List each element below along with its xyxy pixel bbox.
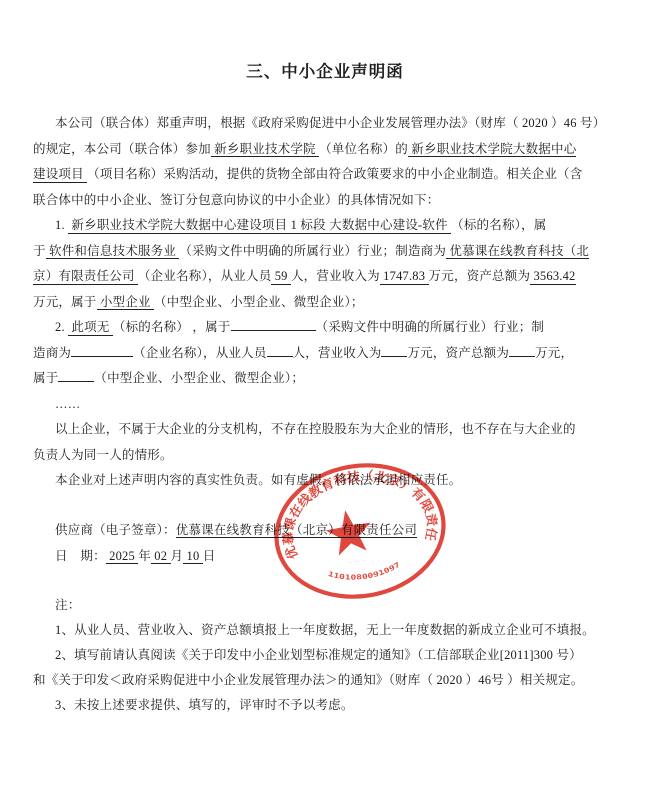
document-blocks: 本公司（联合体）郑重声明，根据《政府采购促进中小企业发展管理办法》（财库（ 20…: [33, 111, 617, 718]
text-run: 万元，属于: [33, 295, 97, 309]
text-run: 的规定，本公司（联合体）参加: [33, 142, 211, 156]
filled-underline-field: 此项无: [68, 320, 113, 336]
blank-underline-field: [267, 343, 293, 357]
text-run: 注：: [55, 598, 80, 612]
doc-line: 2. 此项无 （标的名称） ，属于（采购文件中明确的所属行业）行业；制: [33, 315, 617, 341]
text-run: 人，营业收入为: [293, 346, 382, 360]
filled-underline-field: 1747.83: [380, 269, 429, 285]
text-run: 于: [33, 244, 46, 258]
filled-underline-field: 建设项目: [33, 167, 87, 183]
filled-underline-field: 10: [183, 549, 203, 565]
blank-underline-field: [231, 318, 316, 332]
notes-block: 注：1、从业人员、营业收入、资产总额填报上一年度数据，无上一年度数据的新成立企业…: [33, 593, 617, 719]
text-run: 年: [138, 549, 151, 563]
doc-line: 本公司（联合体）郑重声明，根据《政府采购促进中小企业发展管理办法》（财库（ 20…: [33, 111, 617, 137]
item-2: 2. 此项无 （标的名称） ，属于（采购文件中明确的所属行业）行业；制造商为（企…: [33, 315, 617, 392]
text-run: （标的名称），属: [451, 218, 546, 232]
text-run: 1.: [55, 218, 68, 232]
text-run: 以上企业，不属于大企业的分支机构，不存在控股股东为大企业的情形，也不存在与大企业…: [55, 422, 576, 436]
doc-line: 本企业对上述声明内容的真实性负责。如有虚假，将依法承担相应责任。: [33, 468, 617, 494]
doc-line: 以上企业，不属于大企业的分支机构，不存在控股股东为大企业的情形，也不存在与大企业…: [33, 417, 617, 443]
document-text: 三、中小企业声明函 本公司（联合体）郑重声明，根据《政府采购促进中小企业发展管理…: [33, 62, 617, 718]
text-run: （企业名称），从业人员: [133, 346, 266, 360]
text-run: （中型企业、小型企业、微型企业）；: [154, 295, 364, 309]
text-run: 月: [171, 549, 184, 563]
doc-line: 负责人为同一人的情形。: [33, 443, 617, 469]
text-run: 万元，资产总额为: [429, 269, 531, 283]
doc-line: 日 期： 2025 年 02 月 10 日: [33, 543, 617, 569]
filled-underline-field: 软件和信息技术服务业: [46, 244, 180, 260]
text-run: 造商为: [33, 346, 71, 360]
filled-underline-field: 新乡职业技术学院大数据中心: [408, 142, 576, 158]
doc-line: 属于（中型企业、小型企业、微型企业）；: [33, 366, 617, 392]
doc-line: 万元，属于 小型企业 （中型企业、小型企业、微型企业）；: [33, 290, 617, 316]
doc-line: 于 软件和信息技术服务业 （采购文件中明确的所属行业）行业；制造商为 优慕课在线…: [33, 239, 617, 265]
doc-line: ……: [33, 392, 617, 418]
ellipsis-line: ……: [33, 392, 617, 418]
doc-line: 2、填写前请认真阅读《关于印发中小企业划型标准规定的通知》（工信部联企业[201…: [33, 643, 617, 668]
sme-declaration-document-page: 三、中小企业声明函 本公司（联合体）郑重声明，根据《政府采购促进中小企业发展管理…: [0, 0, 651, 795]
filled-underline-field: 2025: [106, 549, 138, 565]
signature-block: 供应商（电子签章）：优慕课在线教育科技（北京）有限责任公司日 期： 2025 年…: [33, 517, 617, 569]
text-run: （企业名称），从业人员: [138, 269, 271, 283]
text-run: 联合体中的中小企业、签订分包意向协议的中小企业）的具体情况如下：: [33, 193, 439, 207]
text-run: （项目名称）采购活动，提供的货物全部由符合政策要求的中小企业制造。相关企业（含: [87, 167, 582, 181]
filled-underline-field: 小型企业: [97, 295, 154, 311]
doc-line: 供应商（电子签章）：优慕课在线教育科技（北京）有限责任公司: [33, 517, 617, 543]
doc-line: 京）有限责任公司 （企业名称），从业人员 59 人，营业收入为 1747.83 …: [33, 264, 617, 290]
blank-underline-field: [58, 369, 94, 383]
filled-underline-field: 新乡职业技术学院大数据中心建设项目 1 标段 大数据中心建设-软件: [68, 218, 451, 234]
text-run: 2、填写前请认真阅读《关于印发中小企业划型标准规定的通知》（工信部联企业[201…: [55, 648, 582, 662]
text-run: 1、从业人员、营业收入、资产总额填报上一年度数据，无上一年度数据的新成立企业可不…: [55, 623, 595, 637]
doc-line: 1. 新乡职业技术学院大数据中心建设项目 1 标段 大数据中心建设-软件 （标的…: [33, 213, 617, 239]
intro-paragraph: 本公司（联合体）郑重声明，根据《政府采购促进中小企业发展管理办法》（财库（ 20…: [33, 111, 617, 213]
item-1: 1. 新乡职业技术学院大数据中心建设项目 1 标段 大数据中心建设-软件 （标的…: [33, 213, 617, 315]
blank-underline-field: [381, 343, 407, 357]
text-run: ……: [55, 397, 80, 411]
truthfulness-statement: 本企业对上述声明内容的真实性负责。如有虚假，将依法承担相应责任。: [33, 468, 617, 494]
text-run: 和《关于印发＜政府采购促进中小企业发展管理办法＞的通知》（财库（ 2020 ）4…: [33, 673, 583, 687]
text-run: （单位名称）的: [319, 142, 408, 156]
filled-underline-field: 优慕课在线教育科技（北京）有限责任公司: [176, 523, 417, 539]
filled-underline-field: 京）有限责任公司: [33, 269, 138, 285]
text-run: （采购文件中明确的所属行业）行业；制: [316, 320, 545, 334]
text-run: 本企业对上述声明内容的真实性负责。如有虚假，将依法承担相应责任。: [55, 473, 461, 487]
document-title: 三、中小企业声明函: [33, 62, 617, 82]
text-run: （采购文件中明确的所属行业）行业；制造商为: [179, 244, 446, 258]
blank-underline-field: [71, 343, 133, 357]
text-run: 日 期：: [55, 549, 106, 563]
doc-line: 1、从业人员、营业收入、资产总额填报上一年度数据，无上一年度数据的新成立企业可不…: [33, 618, 617, 643]
doc-line: 造商为（企业名称），从业人员人，营业收入为万元，资产总额为万元，: [33, 341, 617, 367]
text-run: 负责人为同一人的情形。: [33, 448, 173, 462]
text-run: 万元，资产总额为: [407, 346, 509, 360]
filled-underline-field: 新乡职业技术学院: [211, 142, 319, 158]
doc-line: 建设项目 （项目名称）采购活动，提供的货物全部由符合政策要求的中小企业制造。相关…: [33, 162, 617, 188]
text-run: 供应商（电子签章）：: [55, 523, 176, 537]
filled-underline-field: 02: [151, 549, 171, 565]
filled-underline-field: 3563.42: [530, 269, 575, 285]
doc-line: 联合体中的中小企业、签订分包意向协议的中小企业）的具体情况如下：: [33, 188, 617, 214]
doc-line: 3、未按上述要求提供、填写的，评审时不予以考虑。: [33, 693, 617, 718]
text-run: 日: [203, 549, 216, 563]
doc-line: 的规定，本公司（联合体）参加 新乡职业技术学院 （单位名称）的 新乡职业技术学院…: [33, 137, 617, 163]
text-run: 本公司（联合体）郑重声明，根据《政府采购促进中小企业发展管理办法》（财库（ 20…: [55, 116, 605, 130]
text-run: 3、未按上述要求提供、填写的，评审时不予以考虑。: [55, 698, 354, 712]
text-run: 万元，: [535, 346, 573, 360]
doc-line: 注：: [33, 593, 617, 618]
blank-underline-field: [509, 343, 535, 357]
text-run: 2.: [55, 320, 68, 334]
text-run: 人，营业收入为: [291, 269, 380, 283]
text-run: （中型企业、小型企业、微型企业）；: [94, 371, 304, 385]
no-large-enterprise-statement: 以上企业，不属于大企业的分支机构，不存在控股股东为大企业的情形，也不存在与大企业…: [33, 417, 617, 468]
text-run: 属于: [33, 371, 58, 385]
filled-underline-field: 优慕课在线教育科技（北: [446, 244, 589, 260]
filled-underline-field: 59: [271, 269, 291, 285]
text-run: （标的名称） ，属于: [113, 320, 231, 334]
doc-line: 和《关于印发＜政府采购促进中小企业发展管理办法＞的通知》（财库（ 2020 ）4…: [33, 668, 617, 693]
